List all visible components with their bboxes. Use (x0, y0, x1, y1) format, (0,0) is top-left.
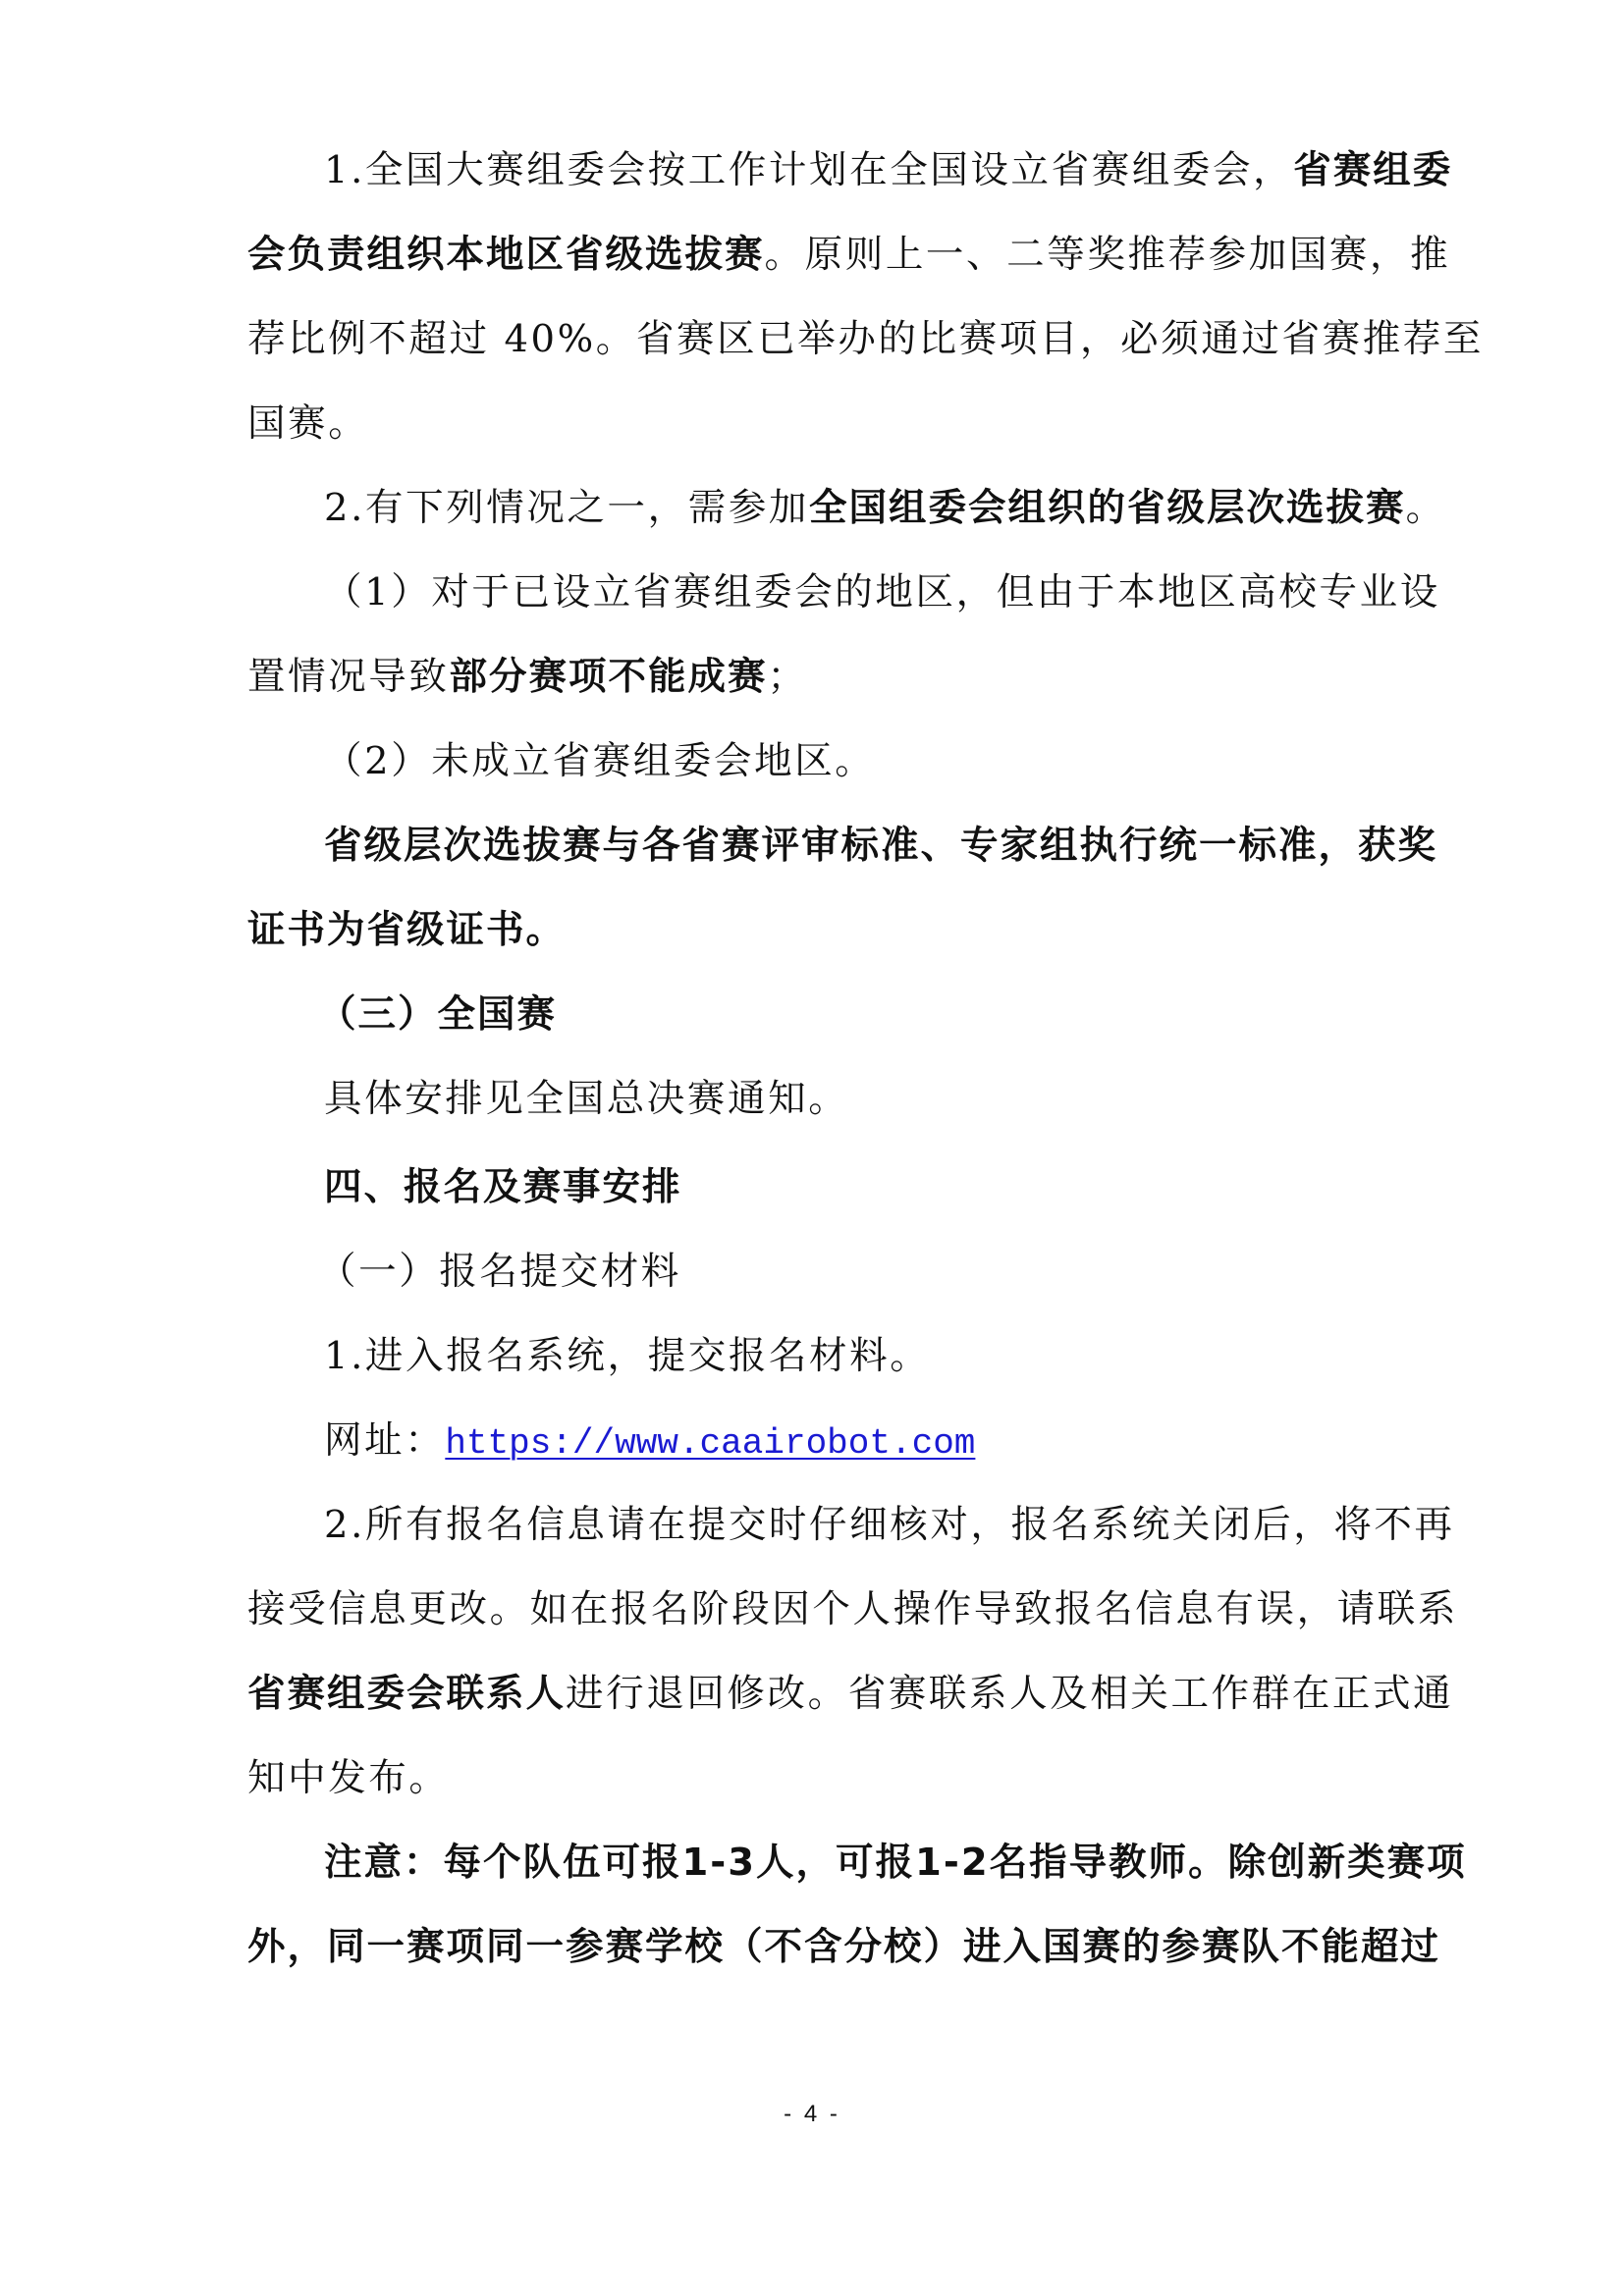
text-run: 。 (1406, 486, 1446, 530)
subsection-one-title: （一）报名提交材料 (318, 1251, 681, 1294)
p1-line-4: 国赛。 (247, 402, 368, 446)
p5-line-2: 证书为省级证书。 (247, 909, 566, 952)
bold-text-run: 证书为省级证书。 (247, 908, 566, 952)
note-line-1: 注意：每个队伍可报1-3人，可报1-2名指导教师。除创新类赛项 (324, 1842, 1467, 1885)
heading-national-final: （三）全国赛 (318, 993, 557, 1037)
note-line-2: 外，同一赛项同一参赛学校（不含分校）进入国赛的参赛队不能超过 (247, 1926, 1440, 1969)
step2-line-1: 2.所有报名信息请在提交时仔细核对，报名系统关闭后，将不再 (324, 1504, 1455, 1547)
text-run: 进行退回修改。省赛联系人及相关工作群在正式通 (566, 1672, 1453, 1716)
text-run: 。原则上一、二等奖推荐参加国赛，推 (765, 233, 1451, 277)
text-run: 2.有下列情况之一，需参加 (324, 486, 809, 530)
section-four-title: 四、报名及赛事安排 (324, 1166, 682, 1209)
p3-line-2: 置情况导致部分赛项不能成赛； (247, 656, 808, 699)
website-link[interactable]: https://www.caairobot.com (445, 1423, 975, 1464)
step2-line-3: 省赛组委会联系人进行退回修改。省赛联系人及相关工作群在正式通 (247, 1673, 1453, 1716)
bold-text-run: 省赛组委 (1293, 148, 1452, 192)
p5-line-1: 省级层次选拔赛与各省赛评审标准、专家组执行统一标准，获奖 (324, 825, 1437, 868)
national-final-text: 具体安排见全国总决赛通知。 (324, 1078, 848, 1121)
bold-text-run: 省赛组委会联系人 (247, 1672, 566, 1716)
p1-line-1: 1.全国大赛组委会按工作计划在全国设立省赛组委会，省赛组委 (324, 149, 1452, 192)
text-run: 置情况导致 (247, 655, 450, 699)
page-number: - 4 - (0, 2101, 1624, 2128)
bold-text-run: 全国组委会组织的省级层次选拔赛 (809, 486, 1406, 530)
bold-text-run: 会负责组织本地区省级选拔赛 (247, 233, 765, 277)
p1-line-2: 会负责组织本地区省级选拔赛。原则上一、二等奖推荐参加国赛，推 (247, 234, 1450, 277)
step2-line-4: 知中发布。 (247, 1757, 450, 1800)
step1-text: 1.进入报名系统，提交报名材料。 (324, 1335, 930, 1378)
bold-text-run: 部分赛项不能成赛 (450, 655, 768, 699)
p4-line-1: （2）未成立省赛组委会地区。 (324, 740, 875, 783)
text-run: 1.全国大赛组委会按工作计划在全国设立省赛组委会， (324, 148, 1293, 192)
text-run: 荐比例不超过 40%。省赛区已举办的比赛项目，必须通过省赛推荐至 (247, 317, 1484, 361)
text-run: ； (768, 655, 808, 699)
p3-line-1: （1）对于已设立省赛组委会的地区，但由于本地区高校专业设 (324, 571, 1440, 614)
text-run: （1）对于已设立省赛组委会的地区，但由于本地区高校专业设 (324, 570, 1440, 614)
p2-line-1: 2.有下列情况之一，需参加全国组委会组织的省级层次选拔赛。 (324, 487, 1446, 530)
step2-line-2: 接受信息更改。如在报名阶段因个人操作导致报名信息有误，请联系 (247, 1588, 1458, 1631)
website-label: 网址： (324, 1418, 445, 1463)
text-run: （2）未成立省赛组委会地区。 (324, 739, 875, 783)
website-line: 网址：https://www.caairobot.com (324, 1419, 975, 1466)
text-run: 国赛。 (247, 401, 368, 446)
bold-text-run: 省级层次选拔赛与各省赛评审标准、专家组执行统一标准，获奖 (324, 824, 1437, 868)
p1-line-3: 荐比例不超过 40%。省赛区已举办的比赛项目，必须通过省赛推荐至 (247, 318, 1484, 361)
